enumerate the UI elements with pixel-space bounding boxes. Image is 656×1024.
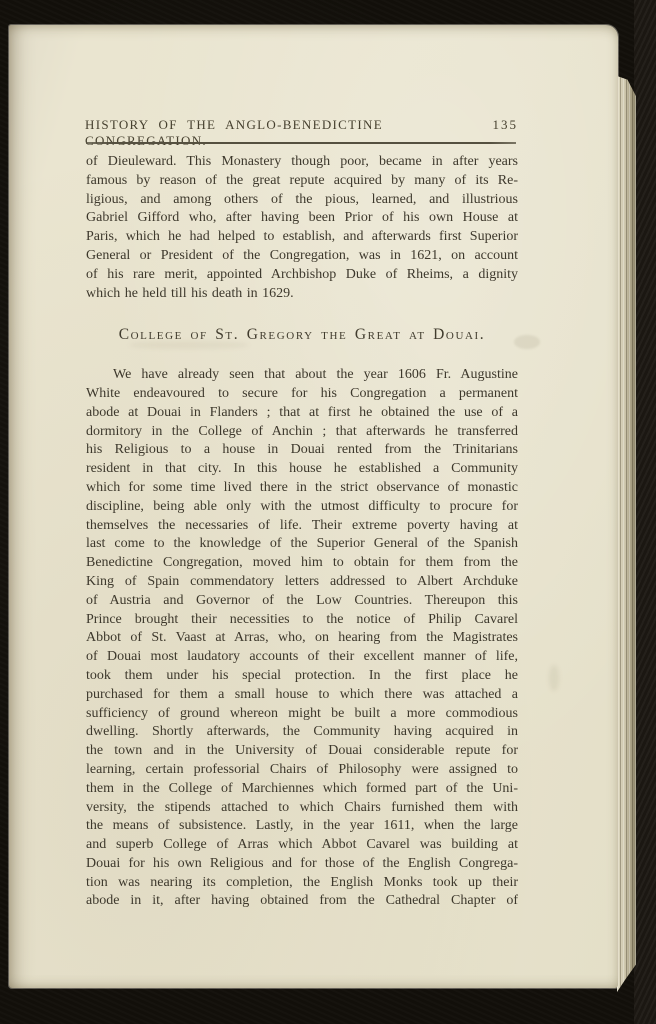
text-line: last come to the knowledge of the Superi… [86,535,518,554]
book-page: HISTORY OF THE ANGLO-BENEDICTINE CONGREG… [9,25,618,988]
paragraph-1: of Dieuleward. This Monastery though poo… [86,153,518,303]
text-line: Prince brought their necessities to the … [86,611,518,630]
text-block: of Dieuleward. This Monastery though poo… [86,153,518,911]
text-line: Benedictine Congregation, moved him to o… [86,554,518,573]
text-line: tion was nearing its completion, the Eng… [86,874,518,893]
text-line: King of Spain commendatory letters addre… [86,573,518,592]
scanned-book-photo: HISTORY OF THE ANGLO-BENEDICTINE CONGREG… [0,0,656,1024]
text-line: resident in that city. In this house he … [86,460,518,479]
text-line: the means of subsistence. Lastly, in the… [86,817,518,836]
text-line: discipline, being able only with the utm… [86,498,518,517]
text-line: ligious, and among others of the pious, … [86,191,518,210]
text-line: abode at Douai in Flanders ; that at fir… [86,404,518,423]
text-line: learning, certain professorial Chairs of… [86,761,518,780]
text-line: which for some time lived there in the s… [86,479,518,498]
page-edge-stack [617,76,636,992]
text-line: abode in it, after having obtained from … [86,892,518,911]
text-line: Gabriel Gifford who, after having been P… [86,209,518,228]
text-line: White endeavoured to secure for his Cong… [86,385,518,404]
paragraph-2: We have already seen that about the year… [86,366,518,911]
book-cover-edge [634,0,656,1024]
text-line: Paris, which he had helped to establish,… [86,228,518,247]
text-line: purchased for them a small house to whic… [86,686,518,705]
text-line: took them under his special protection. … [86,667,518,686]
text-line: of his rare merit, appointed Archbishop … [86,266,518,285]
text-line: sufficiency of ground whereon might be b… [86,705,518,724]
header-rule [86,142,516,144]
text-line: themselves the necessaries of life. Thei… [86,517,518,536]
text-line: versity, the stipends attached to which … [86,799,518,818]
text-line: his Religious to a house in Douai rented… [86,441,518,460]
text-line: dwelling. Shortly afterwards, the Commun… [86,723,518,742]
text-line: of Douai most laudatory accounts of thei… [86,648,518,667]
text-line: We have already seen that about the year… [86,366,518,385]
text-line: them in the College of Marchiennes which… [86,780,518,799]
ink-showthrough-stain [549,665,559,691]
text-line: dormitory in the College of Anchin ; tha… [86,423,518,442]
text-line: Abbot of St. Vaast at Arras, who, on hea… [86,629,518,648]
text-line: of Austria and Governor of the Low Count… [86,592,518,611]
running-head: HISTORY OF THE ANGLO-BENEDICTINE CONGREG… [85,117,518,149]
text-line: famous by reason of the great repute acq… [86,172,518,191]
text-line: General or President of the Congregation… [86,247,518,266]
text-line: of Dieuleward. This Monastery though poo… [86,153,518,172]
text-line: the town and in the University of Douai … [86,742,518,761]
page-number: 135 [493,117,519,133]
text-line: which he held till his death in 1629. [86,285,518,304]
text-line: Douai for his own Religious and for thos… [86,855,518,874]
running-head-title: HISTORY OF THE ANGLO-BENEDICTINE CONGREG… [85,117,476,149]
section-heading: College of St. Gregory the Great at Doua… [86,326,518,345]
text-line: and superb College of Arras which Abbot … [86,836,518,855]
